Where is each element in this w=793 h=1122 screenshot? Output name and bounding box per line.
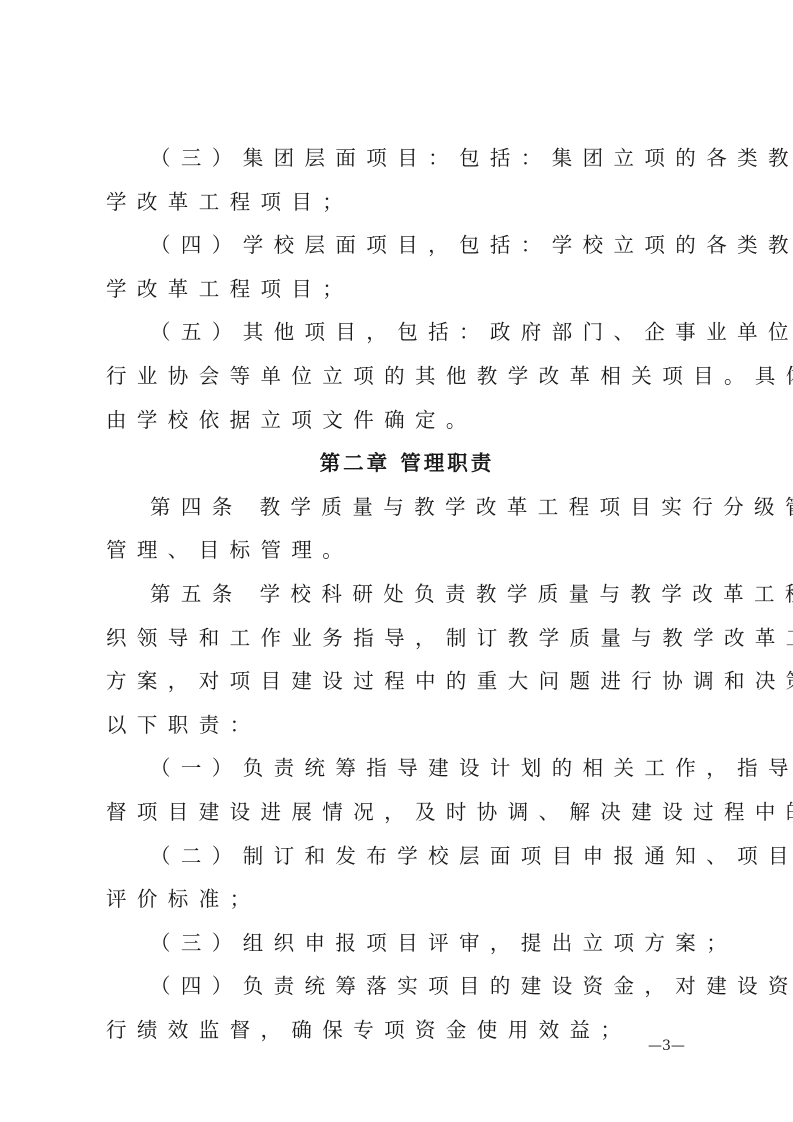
text-line: 管理、目标管理。	[106, 529, 698, 573]
text-line: 行绩效监督，确保专项资金使用效益；	[106, 1009, 698, 1053]
text-line: 学改革工程项目；	[106, 268, 698, 312]
list-item-line: （二）制订和发布学校层面项目申报通知、项目指南和验收	[106, 835, 698, 879]
list-item-line: （三）组织申报项目评审，提出立项方案；	[106, 922, 698, 966]
text-line: 学改革工程项目；	[106, 181, 698, 225]
article-4-line: 第四条 教学质量与教学改革工程项目实行分级管理、阶段	[106, 486, 698, 530]
chapter-heading: 第二章 管理职责	[106, 442, 698, 486]
text-line: 织领导和工作业务指导，制订教学质量与教学改革工程项目实施	[106, 617, 698, 661]
text-line: 督项目建设进展情况，及时协调、解决建设过程中的问题；	[106, 791, 698, 835]
document-page: （三）集团层面项目：包括：集团立项的各类教学质量与教 学改革工程项目； （四）学…	[106, 137, 698, 1052]
text-line: （五）其他项目，包括：政府部门、企事业单位、教指委、	[106, 311, 698, 355]
text-line: 由学校依据立项文件确定。	[106, 399, 698, 443]
text-line: 评价标准；	[106, 878, 698, 922]
text-line: 方案，对项目建设过程中的重大问题进行协调和决策，主要履行	[106, 660, 698, 704]
text-line: 以下职责：	[106, 704, 698, 748]
article-5-line: 第五条 学校科研处负责教学质量与教学改革工程项目的组	[106, 573, 698, 617]
text-line: （三）集团层面项目：包括：集团立项的各类教学质量与教	[106, 137, 698, 181]
list-item-line: （一）负责统筹指导建设计划的相关工作，指导、检查、监	[106, 747, 698, 791]
list-item-line: （四）负责统筹落实项目的建设资金，对建设资金的使用进	[106, 965, 698, 1009]
text-line: （四）学校层面项目，包括：学校立项的各类教学质量与教	[106, 224, 698, 268]
text-line: 行业协会等单位立项的其他教学改革相关项目。具体项目的级别	[106, 355, 698, 399]
page-number: —3—	[648, 1038, 685, 1054]
